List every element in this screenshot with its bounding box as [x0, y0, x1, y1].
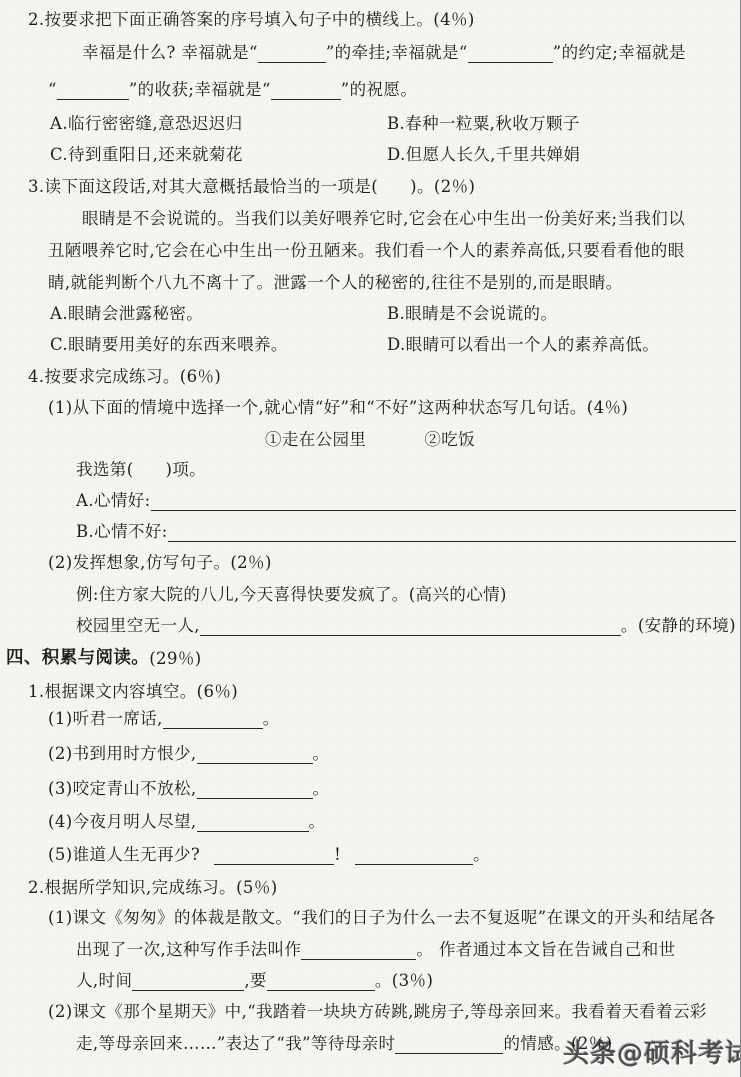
- text-run: 走,等母亲回来……”表达了“我”等待母亲时: [76, 1032, 395, 1055]
- text-run: 睛,就能判断个八九不离十了。泄露一个人的秘密的,往往不是别的,而是眼睛。: [48, 271, 623, 294]
- text-run: C.眼睛要用美好的东西来喂养。: [50, 333, 288, 356]
- text-run: 。: [263, 707, 280, 730]
- text-run: ”的约定;幸福就是: [553, 41, 686, 64]
- text-run: ,要: [244, 969, 267, 992]
- q4-sub2-example: 例:住方家大院的八儿,今天喜得快要发疯了。(高兴的心情): [76, 583, 507, 606]
- answer-blank: [168, 521, 736, 542]
- text-run: B.春种一粒粟,秋收万颗子: [387, 112, 580, 135]
- q3-para-line1: 眼睛是不会说谎的。当我们以美好喂养它时,它会在心中生出一份美好来;当我们以: [82, 207, 685, 230]
- text-run: 。 作者通过本文旨在告诫自己和世: [416, 938, 675, 961]
- text-run: 。: [313, 777, 330, 800]
- text-run: 校园里空无一人,: [76, 614, 200, 637]
- answer-blank: [132, 970, 244, 991]
- text-run: 丑陋喂养它时,它会在心中生出一份丑陋来。我们看一个人的素养高低,只要看看他的眼: [48, 239, 685, 262]
- text-run: C.待到重阳日,还来就菊花: [50, 143, 243, 166]
- text-run: ①走在公园里: [265, 428, 366, 451]
- text-run: 1.根据课文内容填空。(6％): [28, 680, 238, 703]
- text-run: !: [334, 843, 341, 866]
- q3-option-c: C.眼睛要用美好的东西来喂养。: [50, 333, 288, 356]
- text-run: 我选第(: [76, 458, 134, 481]
- q2-option-c: C.待到重阳日,还来就菊花: [50, 143, 243, 166]
- spacer: [366, 449, 424, 451]
- s4-q1-fill5: (5)谁道人生无再少?!。: [48, 843, 490, 866]
- text-run: 的情感。(2％): [503, 1032, 612, 1055]
- text-run: )项。: [166, 458, 207, 481]
- text-run: 。: [309, 810, 326, 833]
- q2-option-a: A.临行密密缝,意恐迟迟归: [50, 112, 243, 135]
- answer-blank: [468, 42, 553, 63]
- text-run: ②吃饭: [424, 428, 475, 451]
- q4-header: 4.按要求完成练习。(6％): [28, 365, 221, 388]
- text-run: 例:住方家大院的八儿,今天喜得快要发疯了。(高兴的心情): [76, 583, 507, 606]
- text-run: 3.读下面这段话,对其大意概括最恰当的一项是(: [28, 175, 378, 198]
- answer-blank: [395, 1033, 503, 1054]
- q4-sub1-line-a: A.心情好:: [76, 489, 736, 512]
- text-run: (3)咬定青山不放松,: [48, 777, 197, 800]
- answer-blank: [197, 778, 313, 799]
- q3-option-b: B.眼睛是不会说谎的。: [387, 302, 557, 325]
- q3-option-a: A.眼睛会泄露秘密。: [50, 302, 203, 325]
- text-run: “: [48, 78, 57, 101]
- answer-blank: [163, 708, 263, 729]
- text-run: ”的祝愿。: [341, 78, 417, 101]
- text-run: D.眼睛可以看出一个人的素养高低。: [387, 333, 659, 356]
- text-run: ”的收获;幸福就是“: [129, 78, 271, 101]
- q2-option-d: D.但愿人长久,千里共婵娟: [387, 143, 580, 166]
- text-run: 眼睛是不会说谎的。当我们以美好喂养它时,它会在心中生出一份美好来;当我们以: [82, 207, 685, 230]
- text-run: 2.按要求把下面正确答案的序号填入句子中的横线上。(4％): [28, 8, 475, 31]
- answer-blank: [197, 743, 313, 764]
- answer-blank: [267, 970, 375, 991]
- text-run: 出现了一次,这种写作手法叫作: [76, 938, 301, 961]
- text-run: 4.按要求完成练习。(6％): [28, 365, 221, 388]
- answer-blank: [197, 811, 309, 832]
- text-run: (2)发挥想象,仿写句子。(2％): [48, 551, 272, 574]
- s4-q1-fill1: (1)听君一席话,。: [48, 707, 280, 730]
- exam-page: 头条@硕科考试 2.按要求把下面正确答案的序号填入句子中的横线上。(4％)幸福是…: [0, 0, 741, 1077]
- text-run: D.但愿人长久,千里共婵娟: [387, 143, 580, 166]
- q3-para-line2: 丑陋喂养它时,它会在心中生出一份丑陋来。我们看一个人的素养高低,只要看看他的眼: [48, 239, 685, 262]
- answer-blank: [200, 615, 621, 636]
- text-run: (1)听君一席话,: [48, 707, 163, 730]
- text-run: 。(3％): [375, 969, 433, 992]
- answer-blank: [57, 79, 129, 100]
- text-run: 。(安静的环境): [621, 614, 736, 637]
- q3-option-d: D.眼睛可以看出一个人的素养高低。: [387, 333, 659, 356]
- answer-blank: [301, 939, 416, 960]
- q2-header: 2.按要求把下面正确答案的序号填入句子中的横线上。(4％): [28, 8, 475, 31]
- s4-q1-fill2: (2)书到用时方恨少,。: [48, 742, 329, 765]
- answer-blank: [355, 844, 473, 865]
- text-run: (5)谁道人生无再少?: [48, 843, 200, 866]
- text-run: (29％): [149, 647, 201, 670]
- text-run: B.心情不好:: [76, 520, 168, 543]
- spacer: [200, 864, 214, 866]
- text-run: A.临行密密缝,意恐迟迟归: [50, 112, 243, 135]
- text-run: A.眼睛会泄露秘密。: [50, 302, 203, 325]
- answer-blank: [271, 79, 341, 100]
- s4-q2-sub1-line1: (1)课文《匆匆》的体裁是散文。“我们的日子为什么一去不复返呢”在课文的开头和结…: [48, 906, 716, 929]
- s4-q1-fill4: (4)今夜月明人尽望,。: [48, 810, 325, 833]
- section4-heading: 四、积累与阅读。(29％): [6, 647, 202, 670]
- s4-q1-header: 1.根据课文内容填空。(6％): [28, 680, 238, 703]
- text-run: (2)书到用时方恨少,: [48, 742, 197, 765]
- s4-q2-header: 2.根据所学知识,完成练习。(5％): [28, 876, 278, 899]
- text-run: 。: [313, 742, 330, 765]
- text-run: 四、积累与阅读。: [6, 647, 149, 670]
- text-run: 幸福是什么? 幸福就是“: [82, 41, 258, 64]
- s4-q2-sub1-line2: 出现了一次,这种写作手法叫作。 作者通过本文旨在告诫自己和世: [76, 938, 676, 961]
- text-run: 2.根据所学知识,完成练习。(5％): [28, 876, 278, 899]
- q3-header: 3.读下面这段话,对其大意概括最恰当的一项是()。(2％): [28, 175, 475, 198]
- text-run: )。(2％): [410, 175, 475, 198]
- text-run: 人,时间: [76, 969, 132, 992]
- q4-sub1-choices: ①走在公园里②吃饭: [0, 428, 740, 451]
- s4-q2-sub1-line3: 人,时间,要。(3％): [76, 969, 433, 992]
- s4-q2-sub2-line1: (2)课文《那个星期天》中,“我踏着一块块方砖跳,跳房子,等母亲回来。我看着天看…: [48, 1000, 707, 1023]
- q4-sub2-prompt: (2)发挥想象,仿写句子。(2％): [48, 551, 272, 574]
- q2-para-line2: “”的收获;幸福就是“”的祝愿。: [48, 78, 417, 101]
- q4-sub2-sentence: 校园里空无一人,。(安静的环境): [76, 614, 736, 637]
- q4-sub1-select: 我选第()项。: [76, 458, 206, 481]
- spacer: [134, 479, 166, 481]
- q4-sub1-line-b: B.心情不好:: [76, 520, 736, 543]
- text-run: A.心情好:: [76, 489, 151, 512]
- q2-option-b: B.春种一粒粟,秋收万颗子: [387, 112, 580, 135]
- text-run: (4)今夜月明人尽望,: [48, 810, 197, 833]
- text-run: ”的牵挂;幸福就是“: [326, 41, 468, 64]
- spacer: [341, 864, 355, 866]
- text-run: (2)课文《那个星期天》中,“我踏着一块块方砖跳,跳房子,等母亲回来。我看着天看…: [48, 1000, 707, 1023]
- s4-q2-sub2-line2: 走,等母亲回来……”表达了“我”等待母亲时的情感。(2％): [76, 1032, 613, 1055]
- q2-para-line1: 幸福是什么? 幸福就是“”的牵挂;幸福就是“”的约定;幸福就是: [82, 41, 686, 64]
- spacer: [378, 196, 410, 198]
- text-run: (1)课文《匆匆》的体裁是散文。“我们的日子为什么一去不复返呢”在课文的开头和结…: [48, 906, 716, 929]
- q3-para-line3: 睛,就能判断个八九不离十了。泄露一个人的秘密的,往往不是别的,而是眼睛。: [48, 271, 623, 294]
- q4-sub1-prompt: (1)从下面的情境中选择一个,就心情“好”和“不好”这两种状态写几句话。(4％): [48, 396, 628, 419]
- text-run: B.眼睛是不会说谎的。: [387, 302, 557, 325]
- s4-q1-fill3: (3)咬定青山不放松,。: [48, 777, 329, 800]
- answer-blank: [151, 490, 736, 511]
- text-run: (1)从下面的情境中选择一个,就心情“好”和“不好”这两种状态写几句话。(4％): [48, 396, 628, 419]
- text-run: 。: [473, 843, 490, 866]
- answer-blank: [214, 844, 334, 865]
- answer-blank: [258, 42, 326, 63]
